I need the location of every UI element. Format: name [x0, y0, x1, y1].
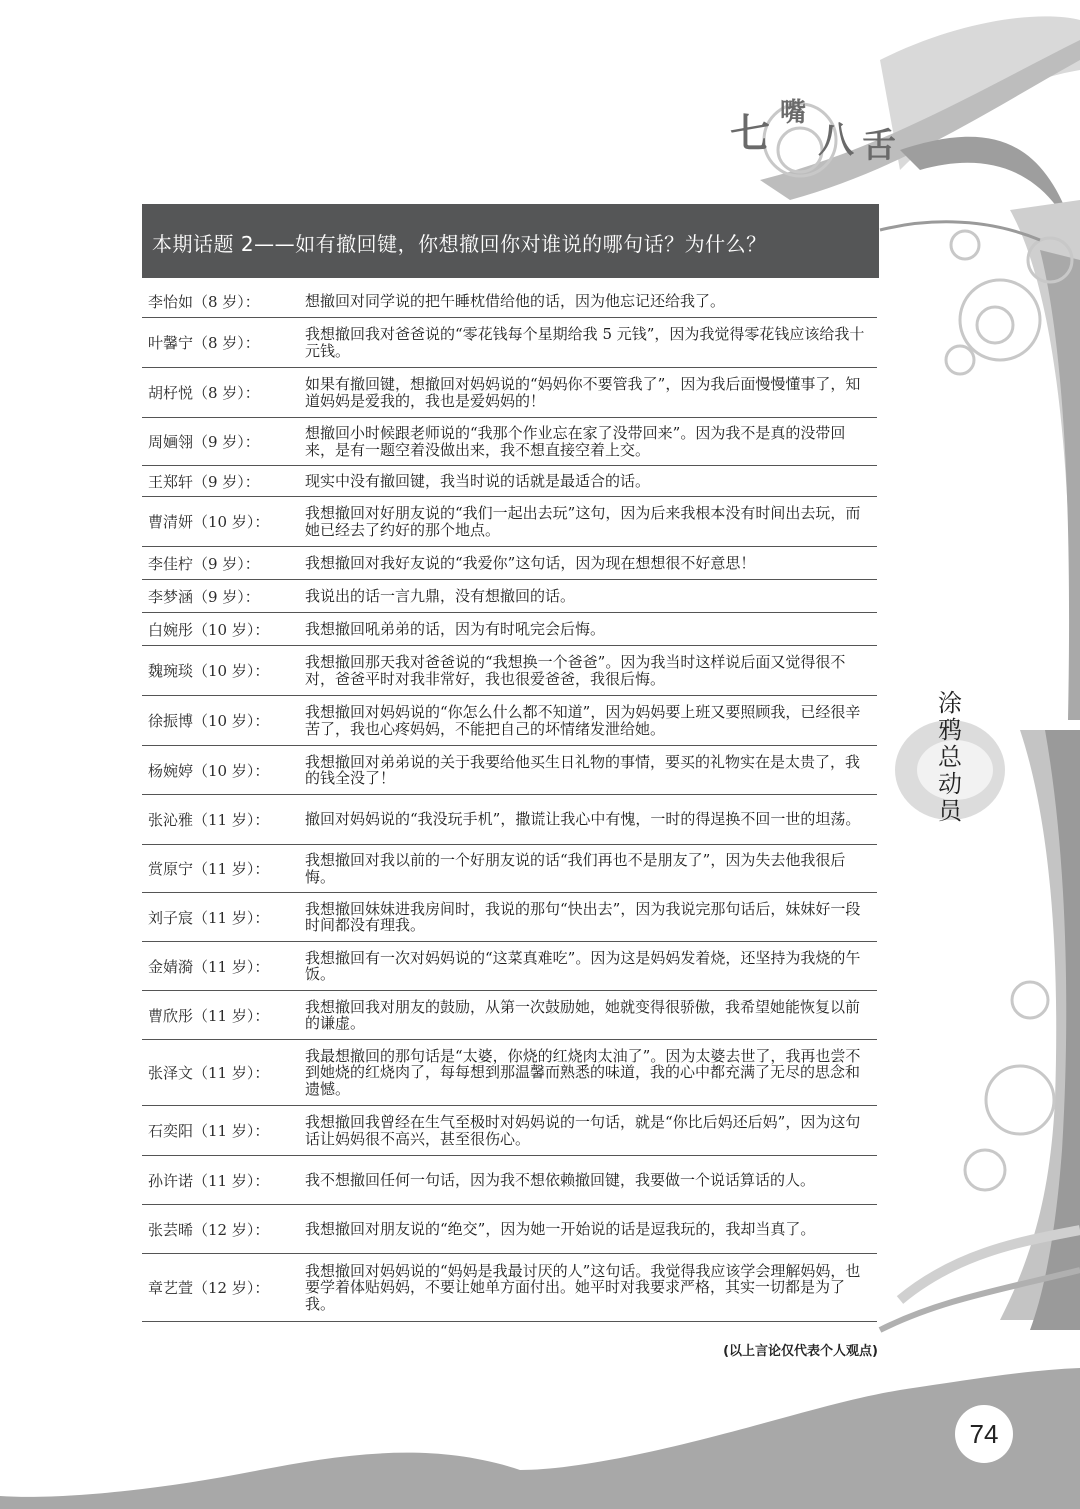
response-row: 胡杍悦（8 岁）：如果有撤回键，想撤回对妈妈说的“妈妈你不要管我了”，因为我后面… — [142, 368, 877, 418]
response-row: 曹清妍（10 岁）：我想撤回对好朋友说的“我们一起出去玩”这句，因为后来我根本没… — [142, 497, 877, 547]
column-side-label: 涂 鸦 总 动 员 — [930, 690, 970, 825]
section-title-char: 舌 — [862, 118, 896, 167]
response-row: 王郑轩（9 岁）：现实中没有撤回键，我当时说的话就是最适合的话。 — [142, 466, 877, 497]
respondent-name: 王郑轩（9 岁）： — [142, 471, 305, 492]
section-title-char: 嘴 — [780, 92, 806, 129]
respondent-name: 章艺萱（12 岁）： — [142, 1277, 305, 1298]
respondent-name: 赏原宁（11 岁）： — [142, 858, 305, 879]
response-text: 想撤回对同学说的把午睡枕借给他的话，因为他忘记还给我了。 — [305, 291, 877, 312]
respondent-name: 李梦涵（9 岁）： — [142, 586, 305, 607]
response-text: 我想撤回我对爸爸说的“零花钱每个星期给我 5 元钱”，因为我觉得零花钱应该给我十… — [305, 324, 877, 361]
response-row: 周婳翎（9 岁）：想撤回小时候跟老师说的“我那个作业忘在家了没带回来”。因为我不… — [142, 418, 877, 466]
response-text: 我想撤回对我好友说的“我爱你”这句话，因为现在想想很不好意思！ — [305, 553, 877, 574]
respondent-name: 白婉彤（10 岁）： — [142, 619, 305, 640]
respondent-name: 金婧漪（11 岁）： — [142, 956, 305, 977]
response-row: 张芸晞（12 岁）：我想撤回对朋友说的“绝交”，因为她一开始说的话是逗我玩的，我… — [142, 1205, 877, 1254]
respondent-name: 李怡如（8 岁）： — [142, 291, 305, 312]
respondent-name: 曹欣彤（11 岁）： — [142, 1005, 305, 1026]
response-row: 叶馨宁（8 岁）：我想撤回我对爸爸说的“零花钱每个星期给我 5 元钱”，因为我觉… — [142, 318, 877, 368]
response-row: 曹欣彤（11 岁）：我想撤回我对朋友的鼓励，从第一次鼓励她，她就变得很骄傲，我希… — [142, 991, 877, 1040]
side-label-char: 鸦 — [938, 717, 962, 744]
response-text: 我想撤回对妈妈说的“妈妈是我最讨厌的人”这句话。我觉得我应该学会理解妈妈，也要学… — [305, 1261, 877, 1315]
respondent-name: 周婳翎（9 岁）： — [142, 431, 305, 452]
topic-header: 本期话题 2——如有撤回键，你想撤回你对谁说的哪句话？为什么？ — [142, 204, 879, 278]
response-text: 我想撤回那天我对爸爸说的“我想换一个爸爸”。因为我当时这样说后面又觉得很不对，爸… — [305, 652, 877, 689]
side-label-char: 总 — [938, 744, 962, 771]
side-label-char: 员 — [938, 798, 962, 825]
disclaimer-footnote: (以上言论仅代表个人观点) — [660, 1340, 878, 1359]
response-text: 我想撤回妹妹进我房间时，我说的那句“快出去”，因为我说完那句话后，妹妹好一段时间… — [305, 899, 877, 936]
side-label-char: 动 — [938, 771, 962, 798]
response-text: 我想撤回有一次对妈妈说的“这菜真难吃”。因为这是妈妈发着烧，还坚持为我烧的午饭。 — [305, 948, 877, 985]
response-text: 撤回对妈妈说的“我没玩手机”，撒谎让我心中有愧，一时的得逞换不回一世的坦荡。 — [305, 809, 877, 830]
response-row: 石奕阳（11 岁）：我想撤回我曾经在生气至极时对妈妈说的一句话，就是“你比后妈还… — [142, 1106, 877, 1156]
section-title-logo: 七 嘴 八 舌 — [730, 92, 930, 162]
respondent-name: 李佳柠（9 岁）： — [142, 553, 305, 574]
respondent-name: 石奕阳（11 岁）： — [142, 1120, 305, 1141]
response-text: 想撤回小时候跟老师说的“我那个作业忘在家了没带回来”。因为我不是真的没带回来，是… — [305, 423, 877, 460]
response-row: 张泽文（11 岁）：我最想撤回的那句话是“太婆，你烧的红烧肉太油了”。因为太婆去… — [142, 1040, 877, 1106]
response-row: 徐振博（10 岁）：我想撤回对妈妈说的“你怎么什么都不知道”，因为妈妈要上班又要… — [142, 696, 877, 746]
response-text: 我想撤回对弟弟说的关于我要给他买生日礼物的事情，要买的礼物实在是太贵了，我的钱全… — [305, 752, 877, 789]
response-row: 金婧漪（11 岁）：我想撤回有一次对妈妈说的“这菜真难吃”。因为这是妈妈发着烧，… — [142, 942, 877, 991]
response-text: 如果有撤回键，想撤回对妈妈说的“妈妈你不要管我了”，因为我后面慢慢懂事了，知道妈… — [305, 374, 877, 411]
respondent-name: 张泽文（11 岁）： — [142, 1062, 305, 1083]
response-row: 白婉彤（10 岁）：我想撤回吼弟弟的话，因为有时吼完会后悔。 — [142, 613, 877, 646]
responses-list: 李怡如（8 岁）：想撤回对同学说的把午睡枕借给他的话，因为他忘记还给我了。叶馨宁… — [142, 286, 877, 1322]
response-row: 张沁雅（11 岁）：撤回对妈妈说的“我没玩手机”，撒谎让我心中有愧，一时的得逞换… — [142, 795, 877, 845]
response-text: 现实中没有撤回键，我当时说的话就是最适合的话。 — [305, 471, 877, 492]
respondent-name: 曹清妍（10 岁）： — [142, 511, 305, 532]
response-row: 李怡如（8 岁）：想撤回对同学说的把午睡枕借给他的话，因为他忘记还给我了。 — [142, 286, 877, 318]
section-title-char: 八 — [818, 112, 854, 163]
response-row: 杨婉婷（10 岁）：我想撤回对弟弟说的关于我要给他买生日礼物的事情，要买的礼物实… — [142, 746, 877, 795]
respondent-name: 胡杍悦（8 岁）： — [142, 382, 305, 403]
response-row: 孙许诺（11 岁）：我不想撤回任何一句话，因为我不想依赖撤回键，我要做一个说话算… — [142, 1156, 877, 1205]
response-row: 刘子宸（11 岁）：我想撤回妹妹进我房间时，我说的那句“快出去”，因为我说完那句… — [142, 893, 877, 942]
response-row: 李梦涵（9 岁）：我说出的话一言九鼎，没有想撤回的话。 — [142, 580, 877, 613]
response-text: 我想撤回对妈妈说的“你怎么什么都不知道”，因为妈妈要上班又要照顾我，已经很辛苦了… — [305, 702, 877, 739]
response-text: 我说出的话一言九鼎，没有想撤回的话。 — [305, 586, 877, 607]
respondent-name: 杨婉婷（10 岁）： — [142, 760, 305, 781]
respondent-name: 徐振博（10 岁）： — [142, 710, 305, 731]
response-row: 魏琬琰（10 岁）：我想撤回那天我对爸爸说的“我想换一个爸爸”。因为我当时这样说… — [142, 646, 877, 696]
topic-title: 本期话题 2——如有撤回键，你想撤回你对谁说的哪句话？为什么？ — [152, 228, 767, 257]
response-row: 李佳柠（9 岁）：我想撤回对我好友说的“我爱你”这句话，因为现在想想很不好意思！ — [142, 547, 877, 580]
response-text: 我想撤回吼弟弟的话，因为有时吼完会后悔。 — [305, 619, 877, 640]
respondent-name: 刘子宸（11 岁）： — [142, 907, 305, 928]
response-text: 我想撤回我曾经在生气至极时对妈妈说的一句话，就是“你比后妈还后妈”，因为这句话让… — [305, 1112, 877, 1149]
response-text: 我最想撤回的那句话是“太婆，你烧的红烧肉太油了”。因为太婆去世了，我再也尝不到她… — [305, 1046, 877, 1100]
response-text: 我想撤回对好朋友说的“我们一起出去玩”这句，因为后来我根本没有时间出去玩，而她已… — [305, 503, 877, 540]
respondent-name: 张沁雅（11 岁）： — [142, 809, 305, 830]
response-text: 我想撤回我对朋友的鼓励，从第一次鼓励她，她就变得很骄傲，我希望她能恢复以前的谦虚… — [305, 997, 877, 1034]
respondent-name: 孙许诺（11 岁）： — [142, 1170, 305, 1191]
page-number: 74 — [955, 1405, 1013, 1463]
response-text: 我想撤回对我以前的一个好朋友说的话“我们再也不是朋友了”，因为失去他我很后悔。 — [305, 850, 877, 887]
response-text: 我不想撤回任何一句话，因为我不想依赖撤回键，我要做一个说话算话的人。 — [305, 1170, 877, 1191]
section-title-char: 七 — [730, 102, 770, 159]
side-label-char: 涂 — [938, 690, 962, 717]
respondent-name: 魏琬琰（10 岁）： — [142, 660, 305, 681]
response-row: 赏原宁（11 岁）：我想撤回对我以前的一个好朋友说的话“我们再也不是朋友了”，因… — [142, 845, 877, 893]
respondent-name: 叶馨宁（8 岁）： — [142, 332, 305, 353]
respondent-name: 张芸晞（12 岁）： — [142, 1219, 305, 1240]
response-row: 章艺萱（12 岁）：我想撤回对妈妈说的“妈妈是我最讨厌的人”这句话。我觉得我应该… — [142, 1254, 877, 1322]
response-text: 我想撤回对朋友说的“绝交”，因为她一开始说的话是逗我玩的，我却当真了。 — [305, 1219, 877, 1240]
